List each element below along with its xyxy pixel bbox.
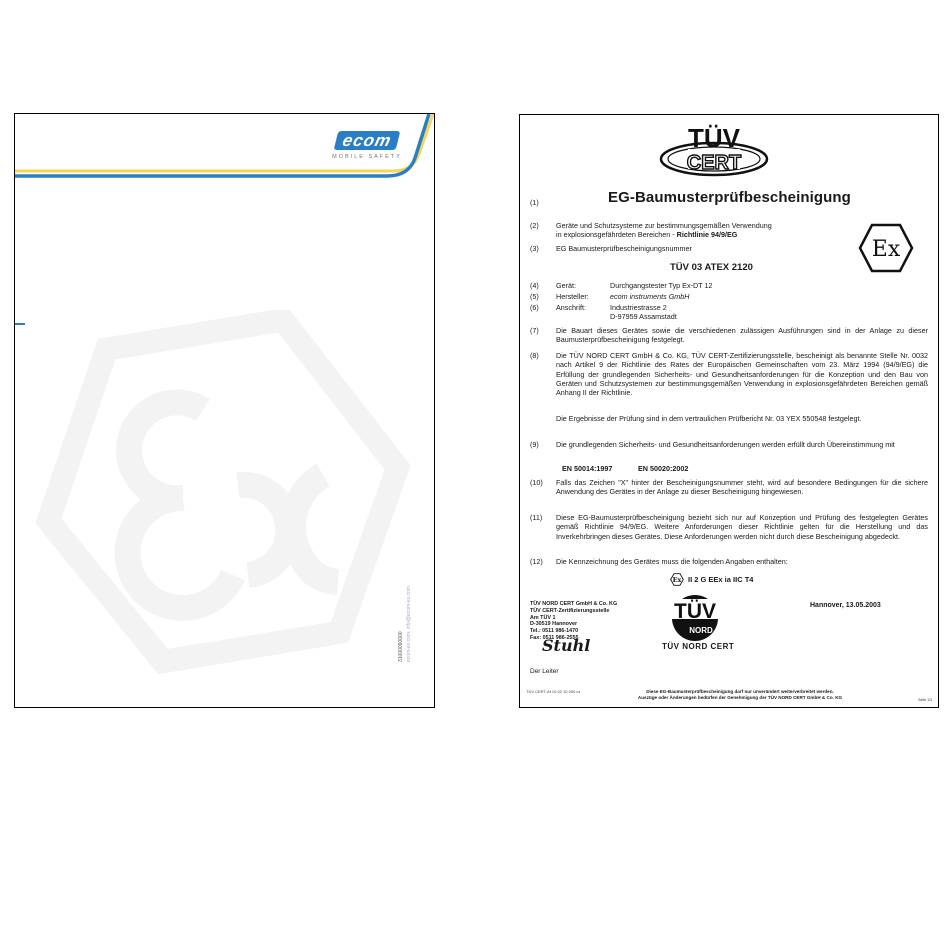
- form-code: TÜV CERT-Af 10.02 10 000 cz: [526, 687, 580, 696]
- item-number: (8): [530, 351, 552, 360]
- website-code: ecom-ex.com, info@ecom-ex.com: [406, 586, 412, 662]
- signature: Stuhl: [542, 641, 590, 650]
- address-city: D-97959 Assamstadt: [610, 312, 677, 321]
- marking-code: II 2 G EEx ia IIC T4: [688, 575, 753, 584]
- footnote: Diese EG-Baumusterprüfbescheinigung darf…: [590, 689, 890, 701]
- item-9-text: Die grundlegenden Sicherheits- und Gesun…: [556, 440, 928, 449]
- ex-hexagon-watermark-icon: [33, 310, 413, 690]
- item-number: (9): [530, 440, 552, 449]
- item-3-text: EG Baumusterprüfbescheinigungsnummer: [556, 244, 928, 253]
- tuv-nord-cert-caption: TÜV NORD CERT: [662, 642, 734, 651]
- certificate-number: TÜV 03 ATEX 2120: [670, 263, 753, 272]
- svg-text:Ex: Ex: [673, 576, 682, 584]
- svg-text:CERT: CERT: [687, 152, 741, 174]
- item-number: (4): [530, 281, 552, 290]
- item-number: (2): [530, 221, 552, 230]
- item-number: (1): [530, 198, 552, 207]
- item-number: (7): [530, 326, 552, 335]
- document-code: 31000090000: [398, 631, 404, 662]
- item-8-test-report: Die Ergebnisse der Prüfung sind in dem v…: [556, 414, 928, 423]
- ecom-cover-page: ecom MOBILE SAFETY 31000090000 ecom-ex.c…: [14, 113, 435, 708]
- issuer-name: TÜV NORD CERT GmbH & Co. KG: [530, 601, 617, 608]
- item-2-line-2: in explosionsgefährdeten Bereichen -: [556, 230, 677, 239]
- item-8-text: Die TÜV NORD CERT GmbH & Co. KG, TÜV CER…: [556, 351, 928, 397]
- ecom-logo: ecom MOBILE SAFETY: [327, 131, 407, 160]
- issuer-street: Am TÜV 1: [530, 615, 617, 622]
- item-number: (6): [530, 303, 552, 312]
- item-7-text: Die Bauart dieses Gerätes sowie die vers…: [556, 326, 928, 345]
- ecom-logo-word: ecom: [333, 131, 400, 150]
- manufacturer-value: ecom instruments GmbH: [610, 292, 689, 301]
- svg-text:TÜV: TÜV: [688, 123, 741, 153]
- device-marking: Ex II 2 G EEx ia IIC T4: [670, 573, 753, 586]
- issuer-phone: Tel.: 0511 986-1470: [530, 628, 617, 635]
- fold-mark: [15, 323, 25, 325]
- certificate-title: EG-Baumusterprüfbescheinigung: [608, 193, 851, 202]
- directive-reference: Richtlinie 94/9/EG: [677, 230, 738, 239]
- place-and-date: Hannover, 13.05.2003: [810, 601, 881, 610]
- device-value: Durchgangstester Typ Ex-DT 12: [610, 281, 712, 290]
- item-11-text: Diese EG-Baumusterprüfbescheinigung bezi…: [556, 513, 928, 541]
- issuer-department: TÜV CERT-Zertifizierungsstelle: [530, 608, 617, 615]
- item-number: (10): [530, 478, 552, 487]
- certificate-page: TÜV CERT (1) EG-Baumusterprüfbescheinigu…: [519, 114, 939, 708]
- svg-text:TÜV: TÜV: [674, 600, 716, 623]
- ex-mark-icon: Ex: [670, 573, 684, 586]
- item-number: (12): [530, 557, 552, 566]
- item-number: (11): [530, 513, 552, 522]
- tuv-nord-logo: TÜV NORD: [670, 593, 720, 643]
- issuer-city: D-30519 Hannover: [530, 621, 617, 628]
- item-number: (3): [530, 244, 552, 253]
- standard-en50014: EN 50014:1997: [562, 464, 612, 473]
- address-street: Industriestrasse 2: [610, 303, 667, 312]
- manufacturer-label: Hersteller:: [556, 292, 589, 301]
- signatory-role: Der Leiter: [530, 667, 559, 676]
- address-label: Anschrift:: [556, 303, 586, 312]
- item-2-line-1: Geräte und Schutzsysteme zur bestimmungs…: [556, 221, 772, 230]
- device-label: Gerät:: [556, 281, 576, 290]
- item-10-text: Falls das Zeichen "X" hinter der Beschei…: [556, 478, 928, 497]
- footnote-line-2: Auszüge oder Änderungen bedürfen der Gen…: [590, 695, 890, 701]
- svg-text:NORD: NORD: [689, 626, 713, 635]
- standard-en50020: EN 50020:2002: [638, 464, 688, 473]
- tuv-cert-logo: TÜV CERT: [658, 119, 770, 183]
- item-2-text: Geräte und Schutzsysteme zur bestimmungs…: [556, 221, 828, 240]
- page-number: Seite 1/3: [918, 696, 932, 705]
- item-number: (5): [530, 292, 552, 301]
- item-12-text: Die Kennzeichnung des Gerätes muss die f…: [556, 557, 928, 566]
- ecom-logo-tagline: MOBILE SAFETY: [327, 154, 407, 160]
